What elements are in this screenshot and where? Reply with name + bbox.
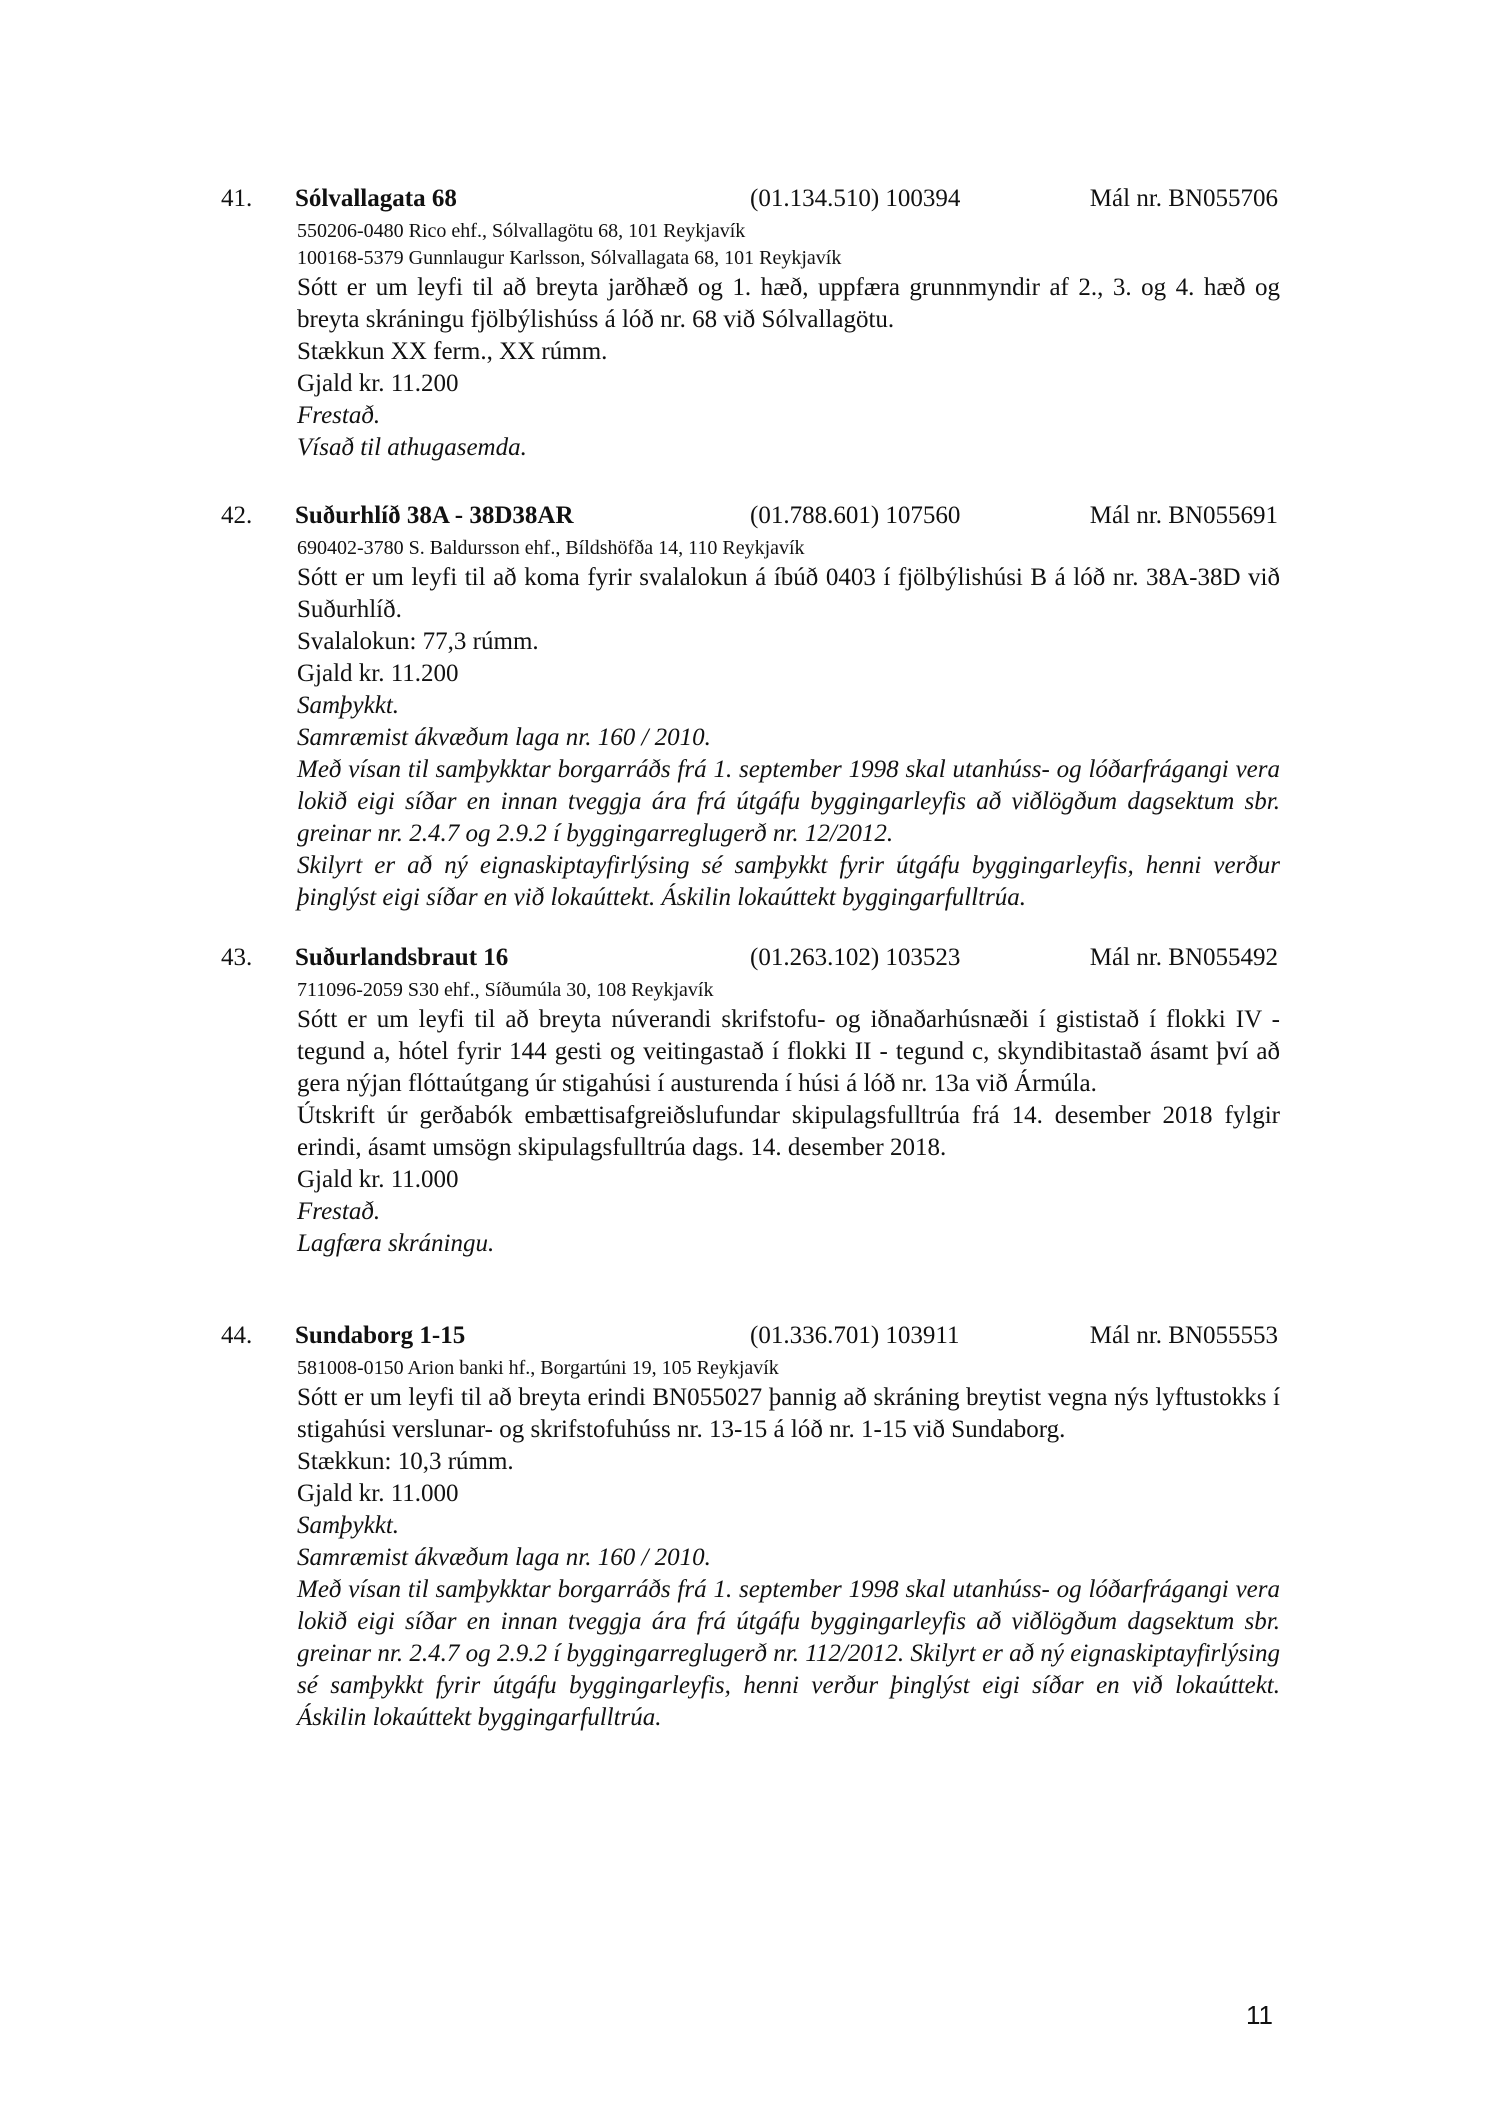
entry-address: Sundaborg 1-15 [295, 1317, 465, 1355]
entry-note: Með vísan til samþykktar borgarráðs frá … [297, 754, 1280, 850]
entry-description: Sótt er um leyfi til að breyta erindi BN… [297, 1382, 1280, 1446]
case-entry-43: 43. Suðurlandsbraut 16 (01.263.102) 1035… [0, 939, 1500, 1260]
entry-applicant: 100168-5379 Gunnlaugur Karlsson, Sólvall… [297, 245, 1280, 272]
case-entry-42: 42. Suðurhlíð 38A - 38D38AR (01.788.601)… [0, 497, 1500, 914]
entry-header: 43. Suðurlandsbraut 16 (01.263.102) 1035… [0, 939, 1500, 977]
entry-note: Vísað til athugasemda. [297, 432, 1280, 464]
entry-description: Sótt er um leyfi til að breyta jarðhæð o… [297, 272, 1280, 336]
document-page: 41. Sólvallagata 68 (01.134.510) 100394 … [0, 0, 1500, 2122]
entry-body: 690402-3780 S. Baldursson ehf., Bíldshöf… [297, 535, 1280, 914]
entry-decision: Samþykkt. [297, 690, 1280, 722]
entry-note: Skilyrt er að ný eignaskiptayfirlýsing s… [297, 850, 1280, 914]
entry-decision: Frestað. [297, 1196, 1280, 1228]
entry-number: 43. [221, 939, 252, 977]
entry-decision: Samþykkt. [297, 1510, 1280, 1542]
page-number: 11 [1246, 2000, 1273, 2031]
entry-number: 41. [221, 180, 252, 218]
entry-fee: Gjald kr. 11.000 [297, 1164, 1280, 1196]
entry-size: Svalalokun: 77,3 rúmm. [297, 626, 1280, 658]
entry-address: Sólvallagata 68 [295, 180, 457, 218]
entry-reference: (01.336.701) 103911 [750, 1317, 959, 1355]
case-entry-44: 44. Sundaborg 1-15 (01.336.701) 103911 M… [0, 1317, 1500, 1734]
entry-fee: Gjald kr. 11.200 [297, 368, 1280, 400]
entry-body: 711096-2059 S30 ehf., Síðumúla 30, 108 R… [297, 977, 1280, 1260]
entry-description: Sótt er um leyfi til að koma fyrir svala… [297, 562, 1280, 626]
case-entry-41: 41. Sólvallagata 68 (01.134.510) 100394 … [0, 180, 1500, 464]
entry-case-number: Mál nr. BN055706 [1090, 180, 1278, 218]
entry-case-number: Mál nr. BN055553 [1090, 1317, 1278, 1355]
entry-body: 550206-0480 Rico ehf., Sólvallagötu 68, … [297, 218, 1280, 464]
entry-reference: (01.263.102) 103523 [750, 939, 960, 977]
entry-address: Suðurlandsbraut 16 [295, 939, 508, 977]
entry-number: 42. [221, 497, 252, 535]
entry-address: Suðurhlíð 38A - 38D38AR [295, 497, 574, 535]
entry-applicant: 581008-0150 Arion banki hf., Borgartúni … [297, 1355, 1280, 1382]
entry-extra: Útskrift úr gerðabók embættisafgreiðsluf… [297, 1100, 1280, 1164]
entry-applicant: 690402-3780 S. Baldursson ehf., Bíldshöf… [297, 535, 1280, 562]
entry-header: 42. Suðurhlíð 38A - 38D38AR (01.788.601)… [0, 497, 1500, 535]
entry-size: Stækkun: 10,3 rúmm. [297, 1446, 1280, 1478]
entry-body: 581008-0150 Arion banki hf., Borgartúni … [297, 1355, 1280, 1734]
entry-note: Samræmist ákvæðum laga nr. 160 / 2010. [297, 722, 1280, 754]
entry-case-number: Mál nr. BN055691 [1090, 497, 1278, 535]
entry-fee: Gjald kr. 11.000 [297, 1478, 1280, 1510]
entry-fee: Gjald kr. 11.200 [297, 658, 1280, 690]
entry-reference: (01.134.510) 100394 [750, 180, 960, 218]
entry-reference: (01.788.601) 107560 [750, 497, 960, 535]
entry-note: Með vísan til samþykktar borgarráðs frá … [297, 1574, 1280, 1734]
entry-applicant: 550206-0480 Rico ehf., Sólvallagötu 68, … [297, 218, 1280, 245]
entry-decision: Frestað. [297, 400, 1280, 432]
entry-note: Samræmist ákvæðum laga nr. 160 / 2010. [297, 1542, 1280, 1574]
entry-header: 44. Sundaborg 1-15 (01.336.701) 103911 M… [0, 1317, 1500, 1355]
entry-note: Lagfæra skráningu. [297, 1228, 1280, 1260]
entry-case-number: Mál nr. BN055492 [1090, 939, 1278, 977]
entry-description: Sótt er um leyfi til að breyta núverandi… [297, 1004, 1280, 1100]
entry-size: Stækkun XX ferm., XX rúmm. [297, 336, 1280, 368]
entry-applicant: 711096-2059 S30 ehf., Síðumúla 30, 108 R… [297, 977, 1280, 1004]
entry-number: 44. [221, 1317, 252, 1355]
entry-header: 41. Sólvallagata 68 (01.134.510) 100394 … [0, 180, 1500, 218]
